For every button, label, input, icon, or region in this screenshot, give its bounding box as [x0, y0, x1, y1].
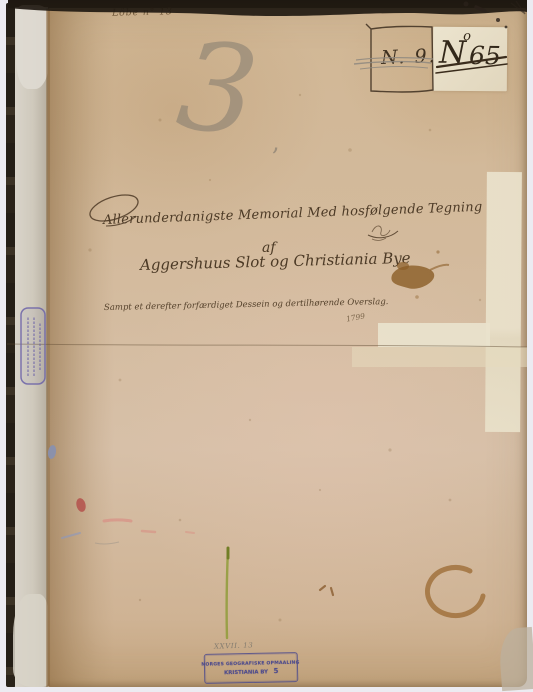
repair-strip-vertical: [485, 172, 522, 432]
spine-stain: [46, 9, 114, 687]
pencil-folio-number: 3: [172, 24, 264, 155]
repair-band: [352, 347, 527, 367]
pasted-label: N o 65: [433, 27, 507, 92]
page-edges: [15, 7, 48, 687]
old-number-boxed: N. 9.: [381, 45, 437, 69]
wear-patch-bottom: [13, 594, 50, 687]
catalog-number-pencil: XXVII. 13: [214, 641, 254, 650]
stamp-line-1: NORGES GEOGRAFISKE OPMAALING: [202, 659, 300, 666]
stamp-line-2: KRISTIANIA BY5: [224, 667, 279, 676]
stamp-place: KRISTIANIA BY: [224, 668, 268, 675]
archive-stamp: NORGES GEOGRAFISKE OPMAALING KRISTIANIA …: [204, 652, 299, 684]
scanned-cover: Löbe n° 13 3 , N. 9. N o 65 Allerunderda…: [0, 0, 533, 692]
stamp-number: 5: [273, 667, 278, 675]
running-number: Löbe n° 13: [112, 6, 173, 19]
label-digits: 65: [469, 41, 501, 70]
repair-strip-horizontal: [378, 323, 490, 347]
pencil-mark: ,: [272, 128, 280, 156]
